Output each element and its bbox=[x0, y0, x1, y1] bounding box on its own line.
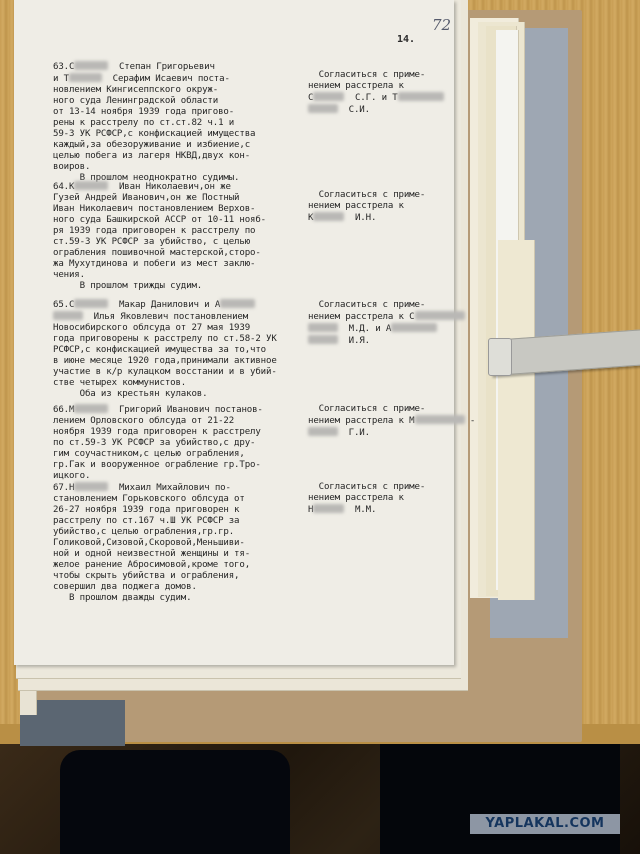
text-line: Согласиться с приме- bbox=[308, 190, 458, 201]
entry-65-resolution: Согласиться с приме-нением расстрела к С… bbox=[308, 300, 458, 347]
text-line: участие в к/р кулацком восстании и в уби… bbox=[53, 367, 323, 378]
text-line: ст.59-3 УК РСФСР за убийство, с целью bbox=[53, 237, 323, 248]
text-line: года приговорены к расстрелу по ст.58-2 … bbox=[53, 334, 323, 345]
text-line: нением расстрела к М - bbox=[308, 415, 458, 427]
text-line: нением расстрела к С bbox=[308, 311, 458, 323]
text-line: нением расстрела к bbox=[308, 493, 458, 504]
text-line: 64.К Иван Николаевич,он же bbox=[53, 181, 323, 193]
text-line: чтобы скрыть убийства и ограбления, bbox=[53, 571, 323, 582]
text-line: Новосибирского облсуда от 27 мая 1939 bbox=[53, 323, 323, 334]
redacted-name bbox=[74, 482, 108, 491]
redacted-name bbox=[308, 427, 338, 436]
text-line: каждый,за обезоруживание и избиение,с bbox=[53, 140, 323, 151]
text-line: Гузей Андрей Иванович,он же Постный bbox=[53, 193, 323, 204]
redacted-name bbox=[308, 335, 338, 344]
text-line: от 13-14 ноября 1939 года пригово- bbox=[53, 107, 323, 118]
text-line: Н М.М. bbox=[308, 504, 458, 516]
text-line: ноября 1939 года приговорен к расстрелу bbox=[53, 427, 323, 438]
text-line: В прошлом дважды судим. bbox=[53, 593, 323, 604]
text-line: Согласиться с приме- bbox=[308, 404, 458, 415]
entry-64-text: 64.К Иван Николаевич,он жеГузей Андрей И… bbox=[53, 181, 323, 292]
text-line: лением Орловского облсуда от 21-22 bbox=[53, 416, 323, 427]
redacted-name bbox=[398, 92, 444, 101]
redacted-name bbox=[313, 212, 344, 221]
text-line: в июне месяце 1920 года,принимали активн… bbox=[53, 356, 323, 367]
text-line: нением расстрела к bbox=[308, 81, 458, 92]
handwritten-page-number: 72 bbox=[432, 16, 451, 34]
text-line: М.Д. и А bbox=[308, 323, 458, 335]
text-line: 63.С Степан Григорьевич bbox=[53, 61, 323, 73]
redacted-name bbox=[74, 404, 108, 413]
text-line: убийство,с целью ограбления,гр.гр. bbox=[53, 527, 323, 538]
redacted-name bbox=[53, 311, 83, 320]
text-line: Оба из крестьян кулаков. bbox=[53, 389, 323, 400]
redacted-name bbox=[313, 504, 344, 513]
entry-66-resolution: Согласиться с приме-нением расстрела к М… bbox=[308, 404, 458, 439]
text-line: воиров. bbox=[53, 162, 323, 173]
text-line: рены к расстрелу по ст.ст.82 ч.1 и bbox=[53, 118, 323, 129]
text-line: И.Я. bbox=[308, 335, 458, 347]
text-line: гр.Гак и вооруженное ограбление гр.Тро- bbox=[53, 460, 323, 471]
text-line: нением расстрела к bbox=[308, 201, 458, 212]
entry-64-resolution: Согласиться с приме-нением расстрела кК … bbox=[308, 190, 458, 224]
redacted-name bbox=[391, 323, 437, 332]
text-line: Илья Яковлевич постановлением bbox=[53, 311, 323, 323]
text-line: 65.С Макар Данилович и А bbox=[53, 299, 323, 311]
text-line: Согласиться с приме- bbox=[308, 300, 458, 311]
text-line: РСФСР,с конфискацией имущества за то,что bbox=[53, 345, 323, 356]
redacted-name bbox=[74, 61, 108, 70]
text-line: 66.М Григорий Иванович постанов- bbox=[53, 404, 323, 416]
entry-63-text: 63.С Степан Григорьевичи Т Серафим Исаев… bbox=[53, 61, 323, 184]
text-line: ной и одной неизвестной женщины и тя- bbox=[53, 549, 323, 560]
text-line: становлением Горьковского облсуда от bbox=[53, 494, 323, 505]
text-line: и Т Серафим Исаевич поста- bbox=[53, 73, 323, 85]
text-line: ного суда Башкирской АССР от 10-11 нояб- bbox=[53, 215, 323, 226]
text-line: Голиковой,Сизовой,Скоровой,Меньшиви- bbox=[53, 538, 323, 549]
text-line: С.И. bbox=[308, 104, 458, 116]
dark-shadow-left bbox=[60, 750, 290, 854]
text-line: чения. bbox=[53, 270, 323, 281]
text-line: ного суда Ленинградской области bbox=[53, 96, 323, 107]
text-line: ограбления пошивочной мастерской,сторо- bbox=[53, 248, 323, 259]
entry-67-text: 67.Н Михаил Михайлович по-становлением Г… bbox=[53, 482, 323, 604]
redacted-name bbox=[308, 323, 338, 332]
text-line: В прошлом трижды судим. bbox=[53, 281, 323, 292]
text-line: 59-3 УК РСФСР,с конфискацией имущества bbox=[53, 129, 323, 140]
redacted-name bbox=[69, 73, 102, 82]
binder-clip-end bbox=[488, 338, 512, 376]
text-line: стве четырех коммунистов. bbox=[53, 378, 323, 389]
text-line: Г.И. bbox=[308, 427, 458, 439]
watermark: YAPLAKAL.COM bbox=[470, 814, 620, 834]
text-line: К И.Н. bbox=[308, 212, 458, 224]
redacted-name bbox=[74, 181, 108, 190]
text-line: Согласиться с приме- bbox=[308, 70, 458, 81]
text-line: Иван Николаевич постановлением Верхов- bbox=[53, 204, 323, 215]
text-line: 26-27 ноября 1939 года приговорен к bbox=[53, 505, 323, 516]
redacted-name bbox=[415, 415, 465, 424]
text-line: ицкого. bbox=[53, 471, 323, 482]
text-line: гим соучастником,с целью ограбления, bbox=[53, 449, 323, 460]
text-line: расстрелу по ст.167 ч.Ш УК РСФСР за bbox=[53, 516, 323, 527]
redacted-name bbox=[308, 104, 338, 113]
redacted-name bbox=[313, 92, 344, 101]
text-line: С С.Г. и Т bbox=[308, 92, 458, 104]
entry-67-resolution: Согласиться с приме-нением расстрела кН … bbox=[308, 482, 458, 516]
redacted-name bbox=[415, 311, 465, 320]
redacted-name bbox=[220, 299, 255, 308]
text-line: по ст.59-3 УК РСФСР за убийство,с дру- bbox=[53, 438, 323, 449]
entry-66-text: 66.М Григорий Иванович постанов-лением О… bbox=[53, 404, 323, 482]
dark-shadow-right bbox=[380, 744, 620, 854]
text-line: 67.Н Михаил Михайлович по- bbox=[53, 482, 323, 494]
text-line: новлением Кингисеппского окруж- bbox=[53, 85, 323, 96]
text-line: жа Мухутдинова и побеги из мест заклю- bbox=[53, 259, 323, 270]
entry-63-resolution: Согласиться с приме-нением расстрела кС … bbox=[308, 70, 458, 116]
text-line: Согласиться с приме- bbox=[308, 482, 458, 493]
text-line: совершил два поджега домов. bbox=[53, 582, 323, 593]
text-line: ря 1939 года приговорен к расстрелу по bbox=[53, 226, 323, 237]
text-line: желое ранение Абросимовой,кроме того, bbox=[53, 560, 323, 571]
text-line: целью побега из лагеря НКВД,двух кон- bbox=[53, 151, 323, 162]
redacted-name bbox=[74, 299, 108, 308]
stacked-sheet bbox=[498, 240, 535, 600]
typed-page-number: 14. bbox=[397, 34, 415, 45]
entry-65-text: 65.С Макар Данилович и А Илья Яковлевич … bbox=[53, 299, 323, 400]
